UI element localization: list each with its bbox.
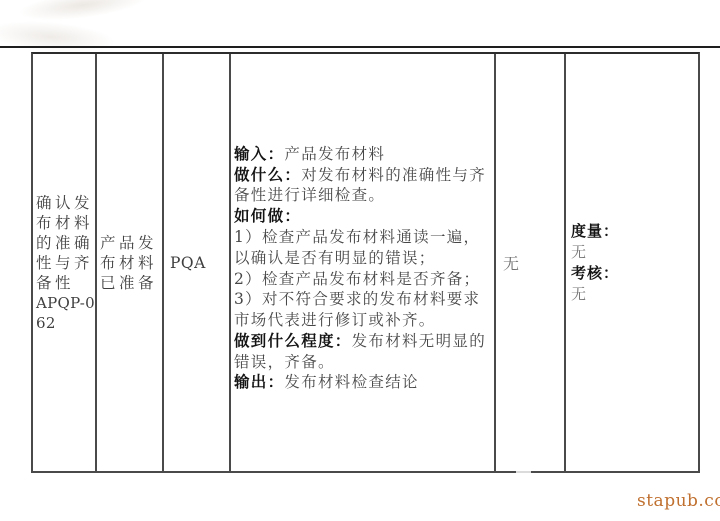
entry-criteria-text: 产品发 布材料 已准备 xyxy=(100,233,162,293)
scan-artifact-gap xyxy=(516,470,531,476)
metrics-line: 考核： xyxy=(571,263,698,284)
role-text: PQA xyxy=(170,254,229,272)
activity-line: 市场代表进行修订或补齐。 xyxy=(234,310,492,331)
activity-line: 错误，齐备。 xyxy=(234,352,492,373)
cell-task-name: 确认发 布材料 的准确 性与齐 备性 APQP-0 62 xyxy=(33,54,97,471)
activity-line: 2）检查产品发布材料是否齐备； xyxy=(234,269,492,290)
activity-line: 做什么：对发布材料的准确性与齐 xyxy=(234,165,492,186)
cell-metrics: 度量： 无 考核： 无 xyxy=(566,54,698,471)
cell-role: PQA xyxy=(164,54,231,471)
process-table: 确认发 布材料 的准确 性与齐 备性 APQP-0 62 产品发 布材料 已准备… xyxy=(31,52,700,473)
activity-line: 3）对不符合要求的发布材料要求 xyxy=(234,289,492,310)
metrics-line: 无 xyxy=(571,242,698,263)
cell-activity-description: 输入：产品发布材料 做什么：对发布材料的准确性与齐 备性进行详细检查。 如何做：… xyxy=(231,54,496,471)
activity-line: 做到什么程度：发布材料无明显的 xyxy=(234,331,492,352)
task-code: APQP-0 62 xyxy=(36,293,95,333)
activity-line: 输入：产品发布材料 xyxy=(234,144,492,165)
tools-text: 无 xyxy=(503,251,564,274)
activity-line: 输出：发布材料检查结论 xyxy=(234,372,492,393)
cell-entry-criteria: 产品发 布材料 已准备 xyxy=(97,54,164,471)
header-rule xyxy=(0,46,720,48)
task-title: 确认发 布材料 的准确 性与齐 备性 xyxy=(36,193,95,293)
metrics-line: 无 xyxy=(571,284,698,305)
activity-line: 1）检查产品发布材料通读一遍， xyxy=(234,227,492,248)
cell-tools: 无 xyxy=(496,54,566,471)
activity-line: 备性进行详细检查。 xyxy=(234,185,492,206)
activity-line: 如何做： xyxy=(234,206,492,227)
metrics-line: 度量： xyxy=(571,221,698,242)
watermark: stapub.com xyxy=(637,491,720,511)
activity-line: 以确认是否有明显的错误； xyxy=(234,248,492,269)
